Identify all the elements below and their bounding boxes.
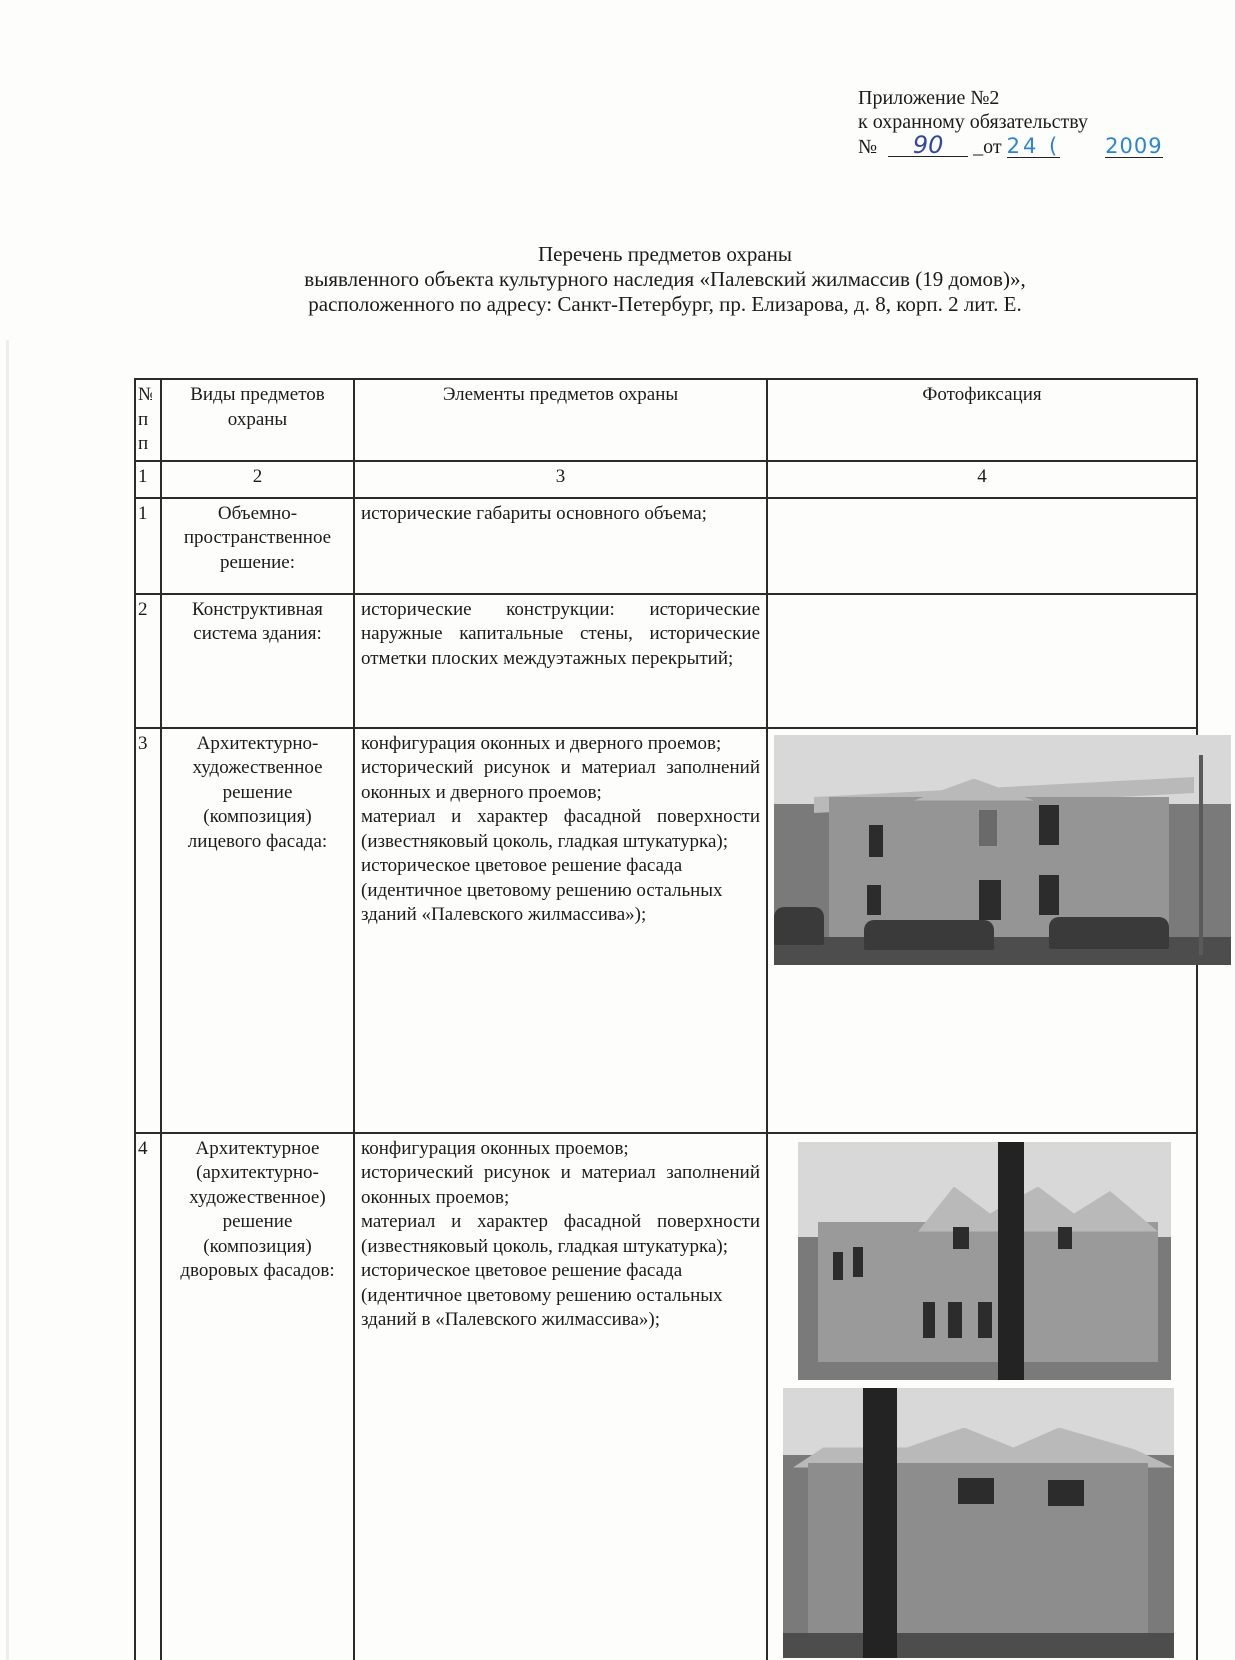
row-number: 2 xyxy=(135,594,161,728)
row-kind: Конструктивная система здания: xyxy=(161,594,354,728)
header-photo: Фотофиксация xyxy=(767,379,1197,461)
row-kind: Объемно-пространственное решение: xyxy=(161,498,354,594)
element-item: историческое цветовое решение фасада (ид… xyxy=(361,854,760,928)
row-kind: Архитектурное (архитектурно-художественн… xyxy=(161,1133,354,1660)
row-photos xyxy=(767,728,1197,1133)
appendix-number-date: № 90 _от 24 ( 2009 xyxy=(858,134,1163,159)
photo-courtyard-facade-1 xyxy=(798,1142,1171,1380)
column-number: 4 xyxy=(767,461,1197,498)
row-number: 4 xyxy=(135,1133,161,1660)
element-item: исторические габариты основного объема; xyxy=(361,502,760,527)
photo-main-facade xyxy=(774,735,1231,965)
row-number: 1 xyxy=(135,498,161,594)
table-row: 1 Объемно-пространственное решение: исто… xyxy=(135,498,1197,594)
element-item: историческое цветовое решение фасада (ид… xyxy=(361,1259,760,1333)
photo-courtyard-facade-2 xyxy=(783,1388,1174,1658)
element-item: конфигурация оконных и дверного проемов; xyxy=(361,732,760,757)
row-elements: исторические габариты основного объема; xyxy=(354,498,767,594)
column-number-row: 1 2 3 4 xyxy=(135,461,1197,498)
element-item: материал и характер фасадной поверхности… xyxy=(361,1210,760,1259)
element-item: исторические конструкции: исторические н… xyxy=(361,598,760,672)
handwritten-date: 24 ( xyxy=(1007,135,1061,158)
table-row: 3 Архитектурно-художественное решение (к… xyxy=(135,728,1197,1133)
title-line-1: Перечень предметов охраны xyxy=(0,242,1235,267)
table-header-row: № п п Виды предметов охраны Элементы пре… xyxy=(135,379,1197,461)
row-photos xyxy=(767,594,1197,728)
title-line-3: расположенного по адресу: Санкт-Петербур… xyxy=(0,292,1235,317)
header-elements: Элементы предметов охраны xyxy=(354,379,767,461)
element-item: исторический рисунок и материал заполнен… xyxy=(361,756,760,805)
table-row: 4 Архитектурное (архитектурно-художестве… xyxy=(135,1133,1197,1660)
row-photos xyxy=(767,498,1197,594)
row-kind: Архитектурно-художественное решение (ком… xyxy=(161,728,354,1133)
number-sign: № xyxy=(858,136,877,158)
appendix-title: Приложение №2 xyxy=(858,86,1163,110)
document-title: Перечень предметов охраны выявленного об… xyxy=(0,242,1235,317)
element-item: материал и характер фасадной поверхности… xyxy=(361,805,760,854)
date-prefix: _от xyxy=(973,136,1001,158)
scan-edge xyxy=(6,340,9,1660)
row-elements: исторические конструкции: исторические н… xyxy=(354,594,767,728)
column-number: 2 xyxy=(161,461,354,498)
row-photos xyxy=(767,1133,1197,1660)
header-number: № п п xyxy=(135,379,161,461)
element-item: конфигурация оконных проемов; xyxy=(361,1137,760,1162)
handwritten-number: 90 xyxy=(888,134,968,157)
element-item: исторический рисунок и материал заполнен… xyxy=(361,1161,760,1210)
row-number: 3 xyxy=(135,728,161,1133)
handwritten-year: 2009 xyxy=(1105,135,1162,158)
column-number: 3 xyxy=(354,461,767,498)
appendix-subtitle: к охранному обязательству xyxy=(858,110,1163,134)
title-line-2: выявленного объекта культурного наследия… xyxy=(0,267,1235,292)
column-number: 1 xyxy=(135,461,161,498)
header-kinds: Виды предметов охраны xyxy=(161,379,354,461)
table-row: 2 Конструктивная система здания: историч… xyxy=(135,594,1197,728)
appendix-reference: Приложение №2 к охранному обязательству … xyxy=(858,86,1163,159)
row-elements: конфигурация оконных и дверного проемов;… xyxy=(354,728,767,1133)
row-elements: конфигурация оконных проемов; историческ… xyxy=(354,1133,767,1660)
protection-items-table: № п п Виды предметов охраны Элементы пре… xyxy=(134,378,1198,1660)
